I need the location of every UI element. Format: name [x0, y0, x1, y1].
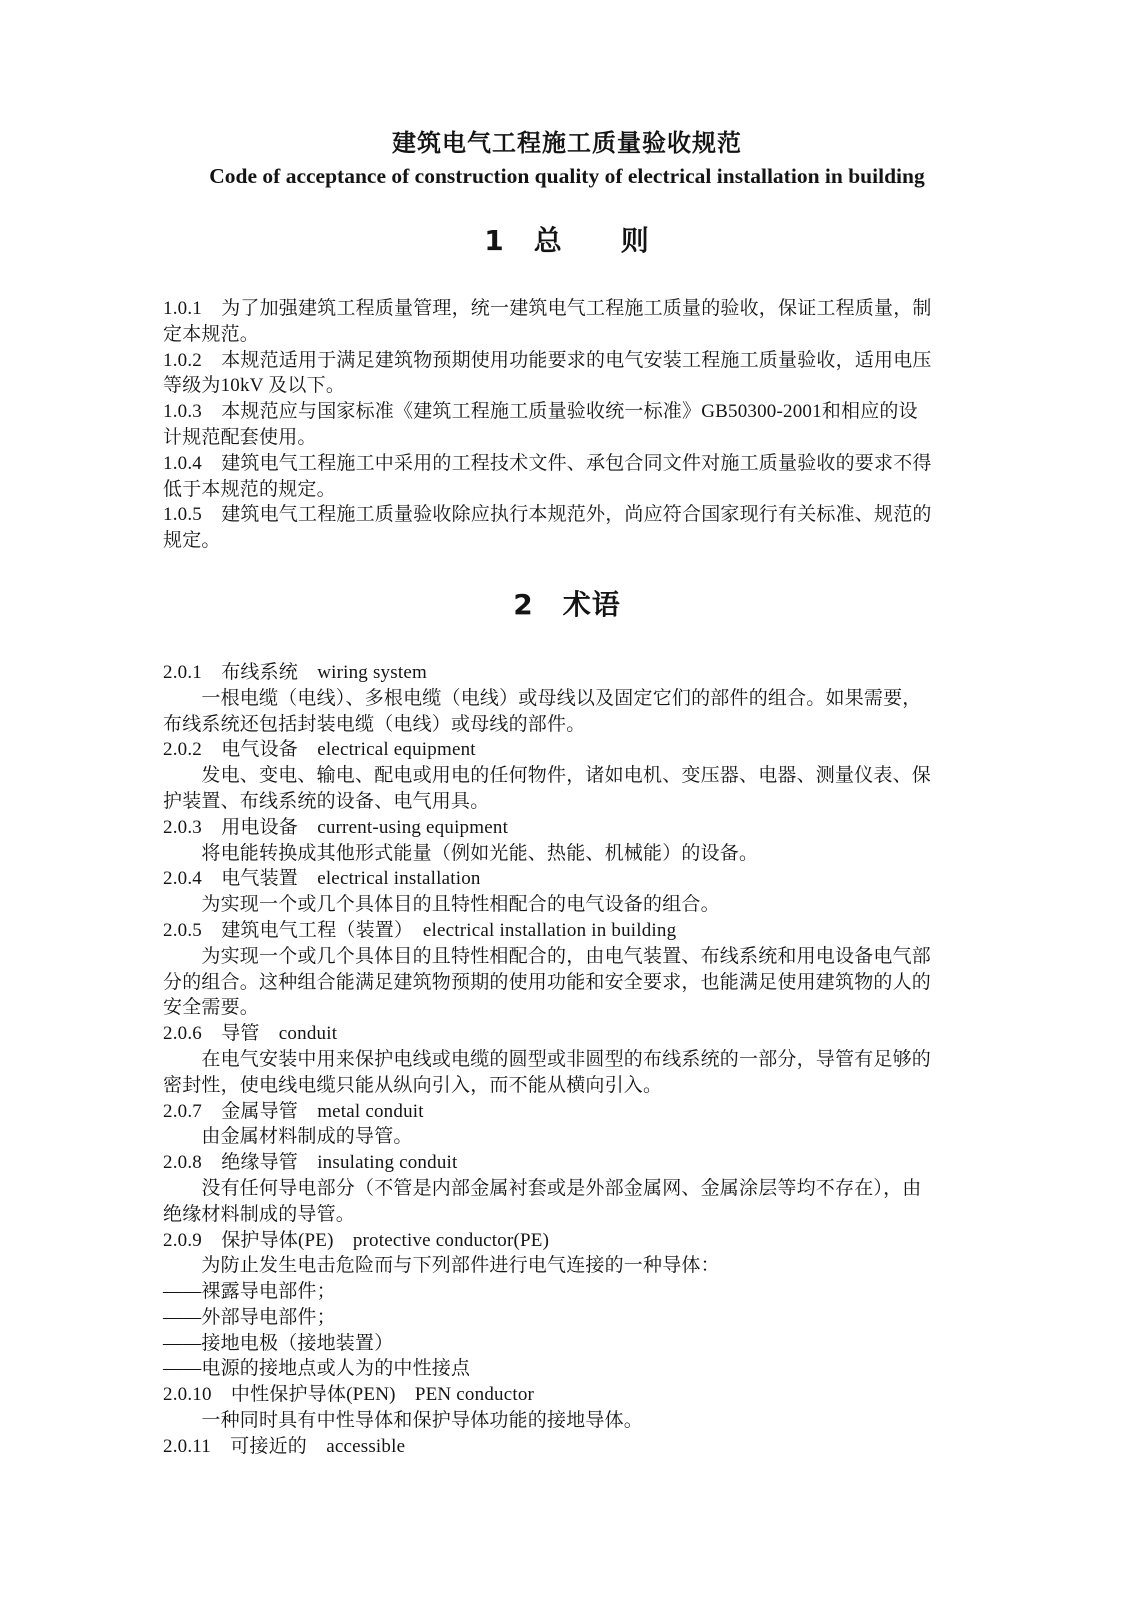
text-line: 1.0.2 本规范适用于满足建筑物预期使用功能要求的电气安装工程施工质量验收，适… — [163, 348, 971, 374]
text-line: 在电气安装中用来保护电线或电缆的圆型或非圆型的布线系统的一部分，导管有足够的 — [163, 1047, 971, 1073]
text-line: 2.0.11 可接近的 accessible — [163, 1434, 971, 1460]
text-line: 2.0.9 保护导体(PE) protective conductor(PE) — [163, 1228, 971, 1254]
text-line: 护装置、布线系统的设备、电气用具。 — [163, 789, 971, 815]
text-line: 1.0.1 为了加强建筑工程质量管理，统一建筑电气工程施工质量的验收，保证工程质… — [163, 296, 971, 322]
text-line: 2.0.6 导管 conduit — [163, 1021, 971, 1047]
text-line: ——电源的接地点或人为的中性接点 — [163, 1356, 971, 1382]
text-line: 定本规范。 — [163, 322, 971, 348]
text-line: 分的组合。这种组合能满足建筑物预期的使用功能和安全要求，也能满足使用建筑物的人的 — [163, 970, 971, 996]
text-line: 2.0.2 电气设备 electrical equipment — [163, 737, 971, 763]
text-line: 布线系统还包括封装电缆（电线）或母线的部件。 — [163, 712, 971, 738]
document-title-english: Code of acceptance of construction quali… — [163, 162, 971, 190]
section-heading: 2 术语 — [163, 586, 971, 624]
document-title-chinese: 建筑电气工程施工质量验收规范 — [163, 128, 971, 158]
text-line: 2.0.7 金属导管 metal conduit — [163, 1099, 971, 1125]
text-line: 2.0.4 电气装置 electrical installation — [163, 866, 971, 892]
section-heading: 1 总 则 — [163, 222, 971, 260]
text-line: 为实现一个或几个具体目的且特性相配合的电气设备的组合。 — [163, 892, 971, 918]
text-line: 发电、变电、输电、配电或用电的任何物件，诸如电机、变压器、电器、测量仪表、保 — [163, 763, 971, 789]
text-line: 1.0.4 建筑电气工程施工中采用的工程技术文件、承包合同文件对施工质量验收的要… — [163, 451, 971, 477]
section: 2 术语2.0.1 布线系统 wiring system 一根电缆（电线）、多根… — [163, 586, 971, 1460]
text-line: 2.0.3 用电设备 current-using equipment — [163, 815, 971, 841]
text-line: 将电能转换成其他形式能量（例如光能、热能、机械能）的设备。 — [163, 841, 971, 867]
text-line: 低于本规范的规定。 — [163, 477, 971, 503]
text-line: 1.0.3 本规范应与国家标准《建筑工程施工质量验收统一标准》GB50300-2… — [163, 399, 971, 425]
text-line: 为实现一个或几个具体目的且特性相配合的，由电气装置、布线系统和用电设备电气部 — [163, 944, 971, 970]
text-line: 密封性，使电线电缆只能从纵向引入，而不能从横向引入。 — [163, 1073, 971, 1099]
text-line: 2.0.8 绝缘导管 insulating conduit — [163, 1150, 971, 1176]
text-line: 一种同时具有中性导体和保护导体功能的接地导体。 — [163, 1408, 971, 1434]
text-line: 2.0.10 中性保护导体(PEN) PEN conductor — [163, 1382, 971, 1408]
text-line: ——外部导电部件； — [163, 1305, 971, 1331]
text-line: 一根电缆（电线）、多根电缆（电线）或母线以及固定它们的部件的组合。如果需要， — [163, 686, 971, 712]
text-line: 2.0.5 建筑电气工程（装置） electrical installation… — [163, 918, 971, 944]
text-line: 没有任何导电部分（不管是内部金属衬套或是外部金属网、金属涂层等均不存在），由 — [163, 1176, 971, 1202]
text-line: 2.0.1 布线系统 wiring system — [163, 660, 971, 686]
text-line: 等级为10kV 及以下。 — [163, 373, 971, 399]
section: 1 总 则1.0.1 为了加强建筑工程质量管理，统一建筑电气工程施工质量的验收，… — [163, 222, 971, 554]
text-line: 为防止发生电击危险而与下列部件进行电气连接的一种导体： — [163, 1253, 971, 1279]
document-body: 1 总 则1.0.1 为了加强建筑工程质量管理，统一建筑电气工程施工质量的验收，… — [163, 222, 971, 1460]
text-line: 绝缘材料制成的导管。 — [163, 1202, 971, 1228]
text-line: ——裸露导电部件； — [163, 1279, 971, 1305]
document-page: 建筑电气工程施工质量验收规范 Code of acceptance of con… — [0, 0, 1131, 1600]
text-line: 规定。 — [163, 528, 971, 554]
text-line: 1.0.5 建筑电气工程施工质量验收除应执行本规范外，尚应符合国家现行有关标准、… — [163, 502, 971, 528]
text-line: 计规范配套使用。 — [163, 425, 971, 451]
text-line: 安全需要。 — [163, 995, 971, 1021]
text-line: 由金属材料制成的导管。 — [163, 1124, 971, 1150]
text-line: ——接地电极（接地装置） — [163, 1331, 971, 1357]
